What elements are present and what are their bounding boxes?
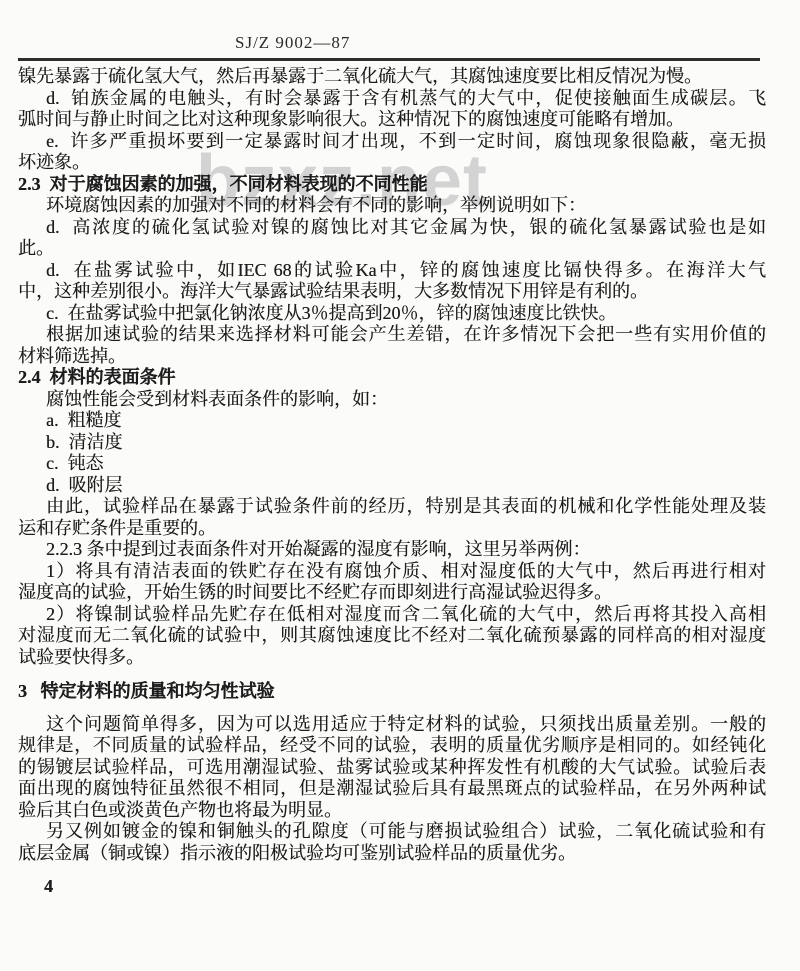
text-line: c. 在盐雾试验中把氯化钠浓度从3％提高到20％，锌的腐蚀速度比铁快。	[18, 303, 766, 325]
text-line: d. 吸附层	[18, 475, 766, 497]
text-line: 坏迹象。	[18, 152, 766, 174]
text-line: b. 清洁度	[18, 432, 766, 454]
standard-code: SJ/Z 9002—87	[235, 33, 350, 52]
text-line: 1）将具有清洁表面的铁贮存在没有腐蚀介质、相对湿度低的大气中，然后再进行相对	[18, 561, 766, 583]
text-line: 底层金属（铜或镍）指示液的阳极试验均可鉴别试验样品的质量优劣。	[18, 843, 766, 865]
text-line: 运和存贮条件是重要的。	[18, 518, 766, 540]
text-line: a. 粗糙度	[18, 410, 766, 432]
text-line: 试验要快得多。	[18, 647, 766, 669]
text-line: 规律是，不同质量的试验样品，经受不同的试验，表明的质量优劣顺序是相同的。如经钝化	[18, 735, 766, 757]
scanned-page: SJ/Z 9002—87 bzxz.net 镍先暴露于硫化氢大气，然后再暴露于二…	[0, 0, 800, 971]
text-line: e. 许多严重损坏要到一定暴露时间才出现，不到一定时间，腐蚀现象很隐蔽，毫无损	[18, 131, 766, 153]
text-line: 材料筛选掉。	[18, 346, 766, 368]
text-line: 中，这种差别很小。海洋大气暴露试验结果表明，大多数情况下用锌是有利的。	[18, 281, 766, 303]
text-line: 根据加速试验的结果来选择材料可能会产生差错，在许多情况下会把一些有实用价值的	[18, 324, 766, 346]
text-line: 验后其白色或淡黄色产物也将最为明显。	[18, 800, 766, 822]
text-line: 2.2.3 条中提到过表面条件对开始凝露的湿度有影响，这里另举两例：	[18, 539, 766, 561]
section-heading: 2.3 对于腐蚀因素的加强，不同材料表现的不同性能	[18, 174, 766, 196]
text-line: 弧时间与静止时间之比对这种现象影响很大。这种情况下的腐蚀速度可能略有增加。	[18, 109, 766, 131]
text-line: c. 钝态	[18, 453, 766, 475]
document-body: 镍先暴露于硫化氢大气，然后再暴露于二氧化硫大气，其腐蚀速度要比相反情况为慢。d.…	[0, 61, 800, 864]
text-line: 由此，试验样品在暴露于试验条件前的经历，特别是其表面的机械和化学性能处理及装	[18, 496, 766, 518]
text-line: 此。	[18, 238, 766, 260]
text-line: 2）将镍制试验样品先贮存在低相对湿度而含二氧化硫的大气中，然后再将其投入高相	[18, 604, 766, 626]
text-line: d. 铂族金属的电触头，有时会暴露于含有机蒸气的大气中，促使接触面生成碳层。飞	[18, 88, 766, 110]
text-line: 面出现的腐蚀特征虽然很不相同，但是潮湿试验后具有最黑斑点的试验样品，在另外两种试	[18, 778, 766, 800]
text-line: 镍先暴露于硫化氢大气，然后再暴露于二氧化硫大气，其腐蚀速度要比相反情况为慢。	[18, 66, 766, 88]
page-header: SJ/Z 9002—87	[0, 0, 800, 53]
text-line: 的锡镀层试验样品，可选用潮湿试验、盐雾试验或某种挥发性有机酸的大气试验。试验后表	[18, 757, 766, 779]
text-line: 湿度高的试验，开始生锈的时间要比不经贮存而即刻进行高湿试验迟得多。	[18, 582, 766, 604]
text-line: 对湿度而无二氧化硫的试验中，则其腐蚀速度比不经对二氧化硫预暴露的同样高的相对湿度	[18, 625, 766, 647]
section-heading: 2.4 材料的表面条件	[18, 367, 766, 389]
text-line: 另又例如镀金的镍和铜触头的孔隙度（可能与磨损试验组合）试验，二氧化硫试验和有	[18, 821, 766, 843]
section-heading: 3 特定材料的质量和均匀性试验	[18, 681, 766, 703]
text-line: 腐蚀性能会受到材料表面条件的影响，如：	[18, 389, 766, 411]
page-number: 4	[0, 864, 800, 897]
text-line: d. 在盐雾试验中，如IEC 68的试验Ka中，锌的腐蚀速度比镉快得多。在海洋大…	[18, 260, 766, 282]
text-line: d. 高浓度的硫化氢试验对镍的腐蚀比对其它金属为快，银的硫化氢暴露试验也是如	[18, 217, 766, 239]
text-line: 环境腐蚀因素的加强对不同的材料会有不同的影响，举例说明如下：	[18, 195, 766, 217]
text-line: 这个问题简单得多，因为可以选用适应于特定材料的试验，只须找出质量差别。一般的	[18, 714, 766, 736]
